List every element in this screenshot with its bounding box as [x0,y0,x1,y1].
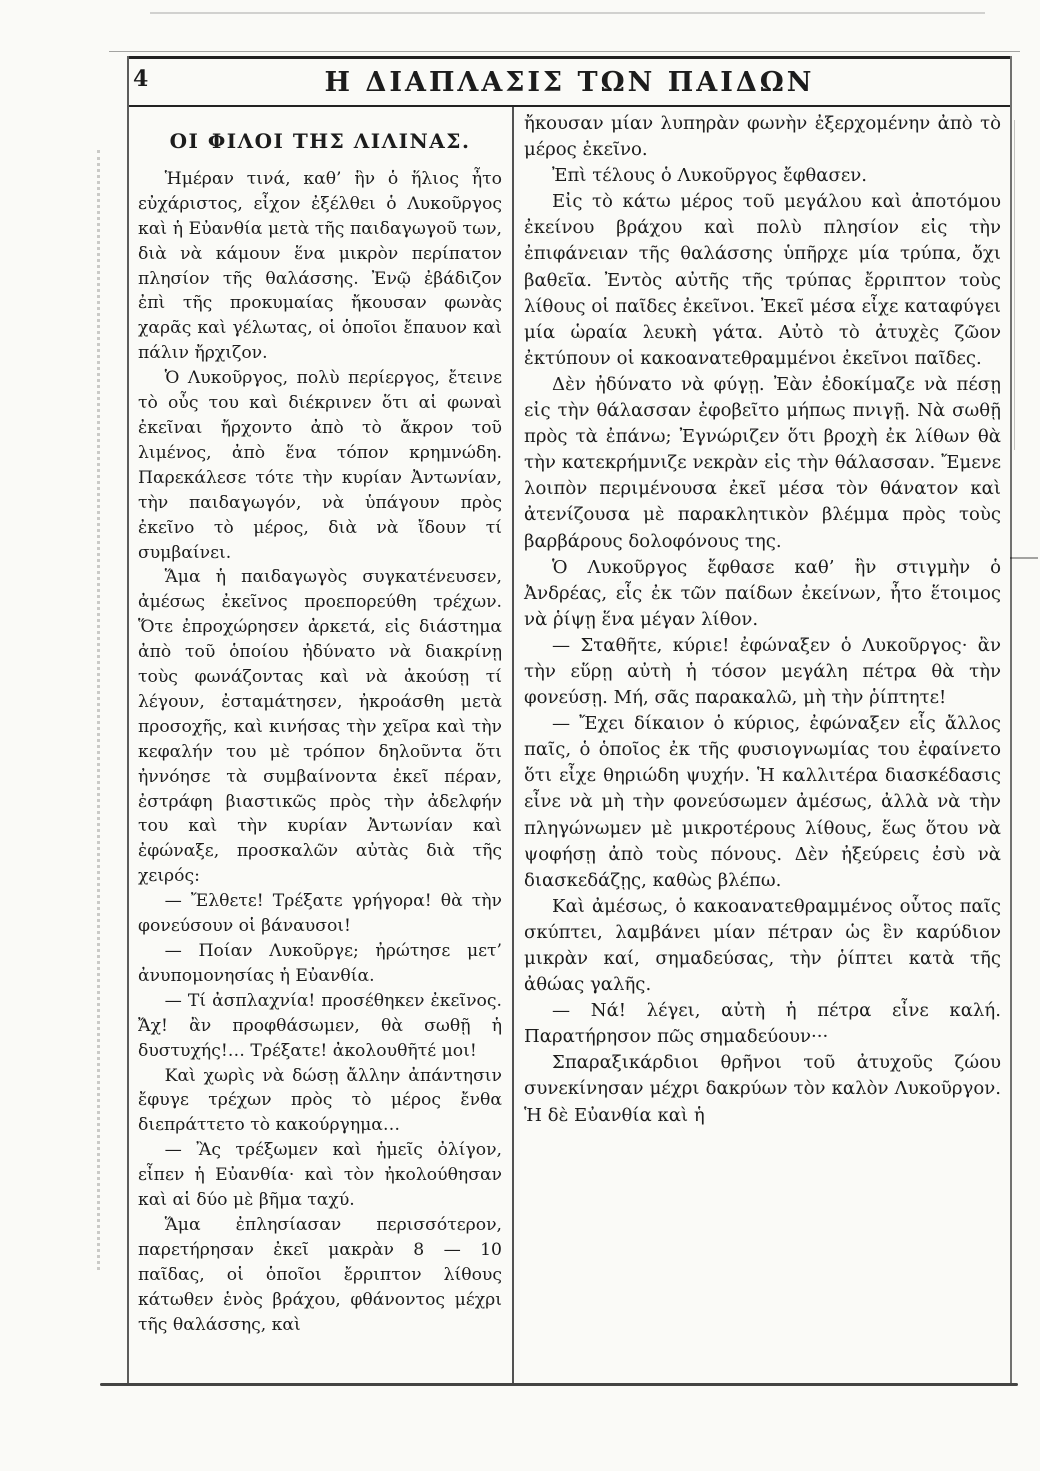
article-title: ΟΙ ΦΙΛΟΙ ΤΗΣ ΛΙΛΙΝΑΣ. [138,129,502,154]
page-number: 4 [133,66,148,92]
paragraph: Ἅμα ἐπλησίασαν περισσότερον, παρετήρησαν… [138,1213,502,1338]
paragraph: — Ἔλθετε! Τρέξατε γρήγορα! θὰ τὴν φονεύσ… [138,889,502,939]
scan-artifact-tick [1010,557,1038,559]
masthead-box: 4 Η ΔΙΑΠΛΑΣΙΣ ΤΩΝ ΠΑΙΔΩΝ [129,56,1010,107]
paragraph: — Νά! λέγει, αὐτὴ ἡ πέτρα εἶνε καλή. Παρ… [524,998,1001,1050]
paragraph: Δὲν ἠδύνατο νὰ φύγῃ. Ἐὰν ἐδοκίμαζε νὰ πέ… [524,372,1001,555]
paragraph: Ἅμα ἡ παιδαγωγὸς συγκατένευσεν, ἀμέσως ἐ… [138,565,502,889]
scan-artifact-line [1014,120,1015,450]
paragraph: Σπαραξικάρδιοι θρῆνοι τοῦ ἀτυχοῦς ζώου σ… [524,1050,1001,1128]
left-column-text: Ἡμέραν τινά, καθ’ ἣν ὁ ἥλιος ἦτο εὐχάρισ… [138,167,502,1338]
paragraph: ἤκουσαν μίαν λυπηρὰν φωνὴν ἐξερχομένην ἀ… [524,111,1001,163]
paragraph: Καὶ ἀμέσως, ὁ κακοανατεθραμμένος οὗτος π… [524,894,1001,998]
paragraph: Ὁ Λυκοῦργος, πολὺ περίεργος, ἔτεινε τὸ ο… [138,366,502,565]
page-bottom-rule [100,1383,1018,1386]
paragraph: — Σταθῆτε, κύριε! ἐφώναξεν ὁ Λυκοῦργος· … [524,633,1001,711]
paragraph: — Ἂς τρέξωμεν καὶ ἡμεῖς ὀλίγον, εἶπεν ἡ … [138,1138,502,1213]
paragraph: Ἐπὶ τέλους ὁ Λυκοῦργος ἔφθασεν. [524,163,1001,189]
paragraph: — Ποίαν Λυκοῦργε; ἠρώτησε μετ’ ἀνυπομονη… [138,939,502,989]
paragraph: — Ἔχει δίκαιον ὁ κύριος, ἐφώναξεν εἷς ἄλ… [524,711,1001,894]
paragraph: Εἰς τὸ κάτω μέρος τοῦ μεγάλου καὶ ἀποτόμ… [524,189,1001,372]
paragraph: Ὁ Λυκοῦργος ἔφθασε καθ’ ἣν στιγμὴν ὁ Ἀνδ… [524,555,1001,633]
masthead-title: Η ΔΙΑΠΛΑΣΙΣ ΤΩΝ ΠΑΙΔΩΝ [325,67,815,98]
left-column: ΟΙ ΦΙΛΟΙ ΤΗΣ ΛΙΛΙΝΑΣ. Ἡμέραν τινά, καθ’ … [129,107,514,1383]
scanned-page: 4 Η ΔΙΑΠΛΑΣΙΣ ΤΩΝ ΠΑΙΔΩΝ ΟΙ ΦΙΛΟΙ ΤΗΣ ΛΙ… [127,56,1012,1383]
text-columns: ΟΙ ΦΙΛΟΙ ΤΗΣ ΛΙΛΙΝΑΣ. Ἡμέραν τινά, καθ’ … [129,107,1010,1383]
scan-edge-line [150,12,985,14]
paragraph: Καὶ χωρὶς νὰ δώσῃ ἄλλην ἀπάντησιν ἔφυγε … [138,1064,502,1139]
paragraph: Ἡμέραν τινά, καθ’ ἣν ὁ ἥλιος ἦτο εὐχάρισ… [138,167,502,366]
right-column: ἤκουσαν μίαν λυπηρὰν φωνὴν ἐξερχομένην ἀ… [514,107,1010,1383]
binding-margin-dots [97,150,100,1270]
right-column-text: ἤκουσαν μίαν λυπηρὰν φωνὴν ἐξερχομένην ἀ… [524,111,1001,1129]
paragraph: — Τί ἀσπλαχνία! προσέθηκεν ἐκεῖνος. Ἄχ! … [138,989,502,1064]
